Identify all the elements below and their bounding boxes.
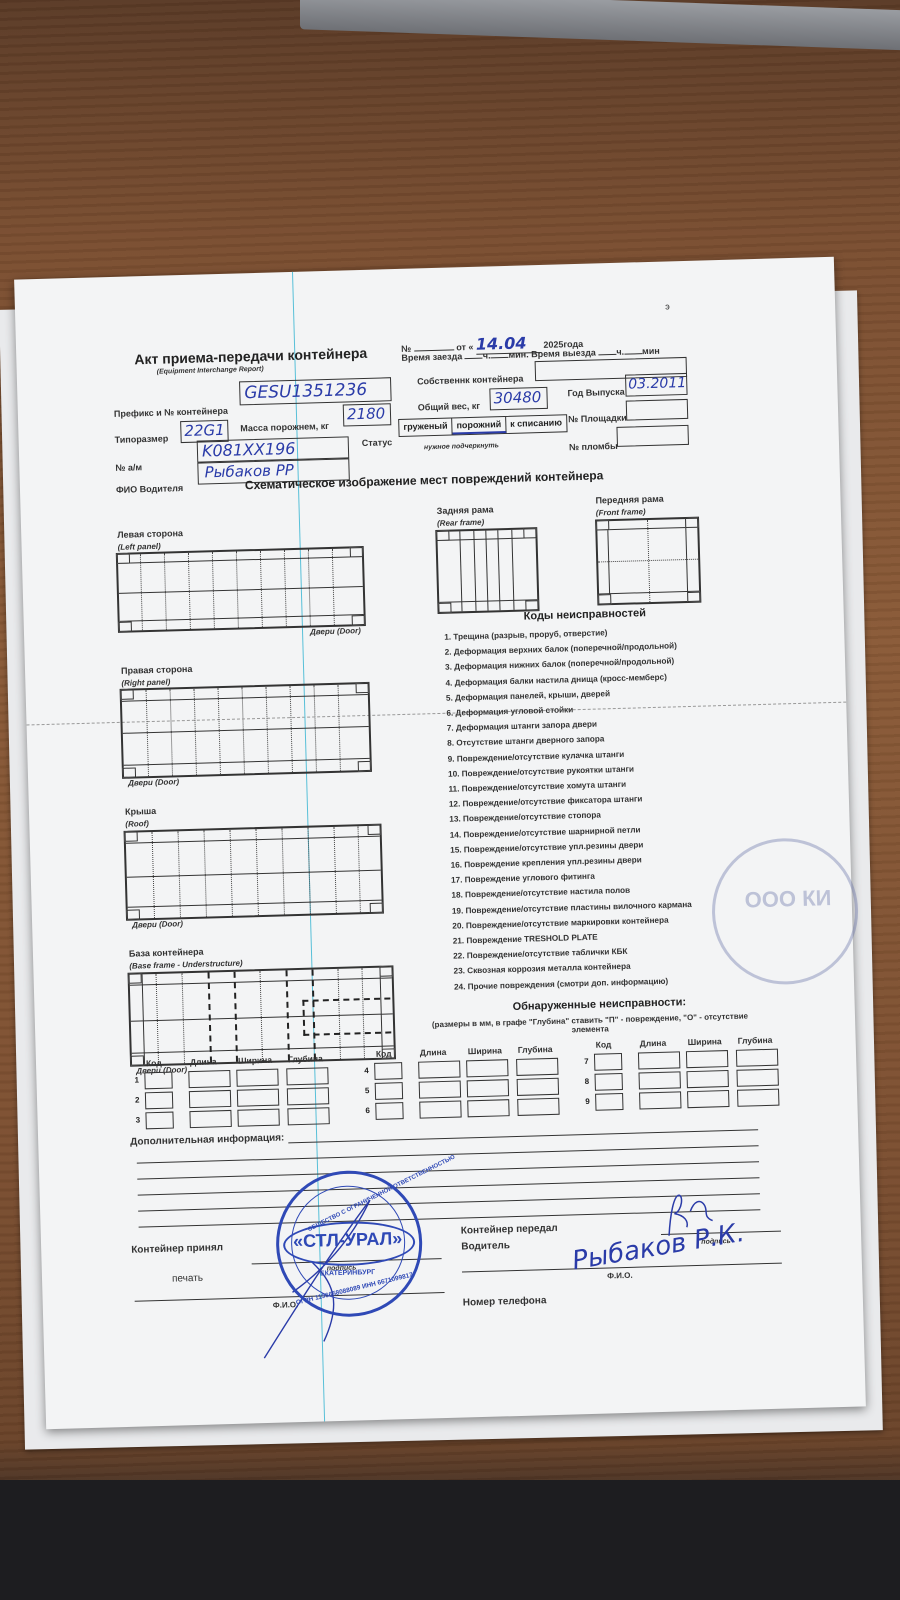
prefix-label: Префикс и № контейнера xyxy=(114,406,228,419)
status-loaded[interactable]: груженый xyxy=(399,418,453,435)
transferred-label: Контейнер передал xyxy=(461,1223,558,1237)
defect-width-cell[interactable] xyxy=(686,1070,728,1088)
minutes-label-2: мин xyxy=(642,346,660,356)
tare-label: Масса порожнем, кг xyxy=(240,421,329,433)
prefix-field[interactable]: GESU1351236 xyxy=(239,377,392,405)
defect-code-cell[interactable] xyxy=(145,1112,173,1130)
defect-length-cell[interactable] xyxy=(638,1051,680,1069)
defect-length-cell[interactable] xyxy=(639,1091,681,1109)
gross-label: Общий вес, кг xyxy=(418,401,481,413)
row-number: 7 xyxy=(584,1057,589,1066)
departure-hours-field[interactable] xyxy=(598,354,616,356)
defect-code-cell[interactable] xyxy=(374,1062,402,1080)
column-header: Код xyxy=(146,1058,162,1068)
defect-length-cell[interactable] xyxy=(189,1110,231,1128)
roof-door: Двери (Door) xyxy=(132,919,183,929)
column-header: Длина xyxy=(640,1038,667,1049)
left-panel-door: Двери (Door) xyxy=(310,626,361,636)
column-header: Глубина xyxy=(288,1053,323,1064)
defect-length-cell[interactable] xyxy=(189,1090,231,1108)
front-frame-diagram[interactable] xyxy=(595,517,701,606)
defect-width-cell[interactable] xyxy=(467,1099,509,1117)
front-frame-label: Передняя рама xyxy=(595,494,663,506)
status-hint: нужное подчеркнуть xyxy=(424,442,499,451)
arrival-minutes-field[interactable] xyxy=(491,357,509,359)
defect-depth-cell[interactable] xyxy=(736,1049,778,1067)
defect-code-cell[interactable] xyxy=(375,1102,403,1120)
right-panel-label: Правая сторона xyxy=(121,664,193,676)
hours-label: ч. xyxy=(483,350,491,360)
defect-depth-cell[interactable] xyxy=(516,1058,558,1076)
defect-code-cell[interactable] xyxy=(145,1092,173,1110)
defect-width-cell[interactable] xyxy=(237,1089,279,1107)
defect-code-cell[interactable] xyxy=(594,1053,622,1071)
secondary-stamp: ООО КИ xyxy=(710,836,860,986)
column-header: Длина xyxy=(190,1056,217,1067)
departure-label: Время выезда xyxy=(531,347,596,359)
found-defects-note: (размеры в мм, в графе "Глубина" ставить… xyxy=(425,1011,755,1038)
row-number: 5 xyxy=(365,1086,370,1095)
defect-depth-cell[interactable] xyxy=(736,1069,778,1087)
defect-width-cell[interactable] xyxy=(236,1069,278,1087)
right-panel-diagram[interactable] xyxy=(120,682,372,779)
base-label: База контейнера xyxy=(129,947,204,959)
document-sheet: э Акт приема-передачи контейнера (Equipm… xyxy=(14,257,866,1429)
rear-frame-label: Задняя рама xyxy=(437,504,494,516)
gross-field[interactable]: 30480 xyxy=(489,387,548,411)
prefix-value: GESU1351236 xyxy=(244,380,367,403)
defect-length-cell[interactable] xyxy=(419,1101,461,1119)
gross-value: 30480 xyxy=(493,388,541,407)
row-number: 4 xyxy=(364,1066,369,1075)
defect-width-cell[interactable] xyxy=(237,1109,279,1127)
year-field[interactable]: 03.2011 xyxy=(625,373,688,397)
front-frame-sub: (Front frame) xyxy=(596,507,646,517)
defect-length-cell[interactable] xyxy=(638,1071,680,1089)
info-line[interactable] xyxy=(137,1161,759,1179)
defect-code-cell[interactable] xyxy=(144,1072,172,1090)
base-sub: (Base frame - Understructure) xyxy=(129,959,243,971)
driver-sign-label: Водитель xyxy=(461,1240,510,1252)
left-panel-label: Левая сторона xyxy=(117,528,183,540)
arrival-hours-field[interactable] xyxy=(465,358,483,360)
defect-width-cell[interactable] xyxy=(467,1079,509,1097)
document-title: Акт приема-передачи контейнера xyxy=(134,345,367,367)
phone-label: Номер телефона xyxy=(463,1295,547,1308)
right-panel-door: Двери (Door) xyxy=(128,777,179,787)
rear-frame-diagram[interactable] xyxy=(435,527,539,614)
driver-signature-icon xyxy=(660,1190,721,1242)
defect-width-cell[interactable] xyxy=(466,1059,508,1077)
found-defects-title: Обнаруженные неисправности: xyxy=(512,996,686,1013)
desk-edge xyxy=(0,1480,900,1600)
column-header: Глубина xyxy=(518,1044,553,1055)
status-empty[interactable]: порожний xyxy=(452,417,506,434)
column-header: Ширина xyxy=(238,1055,272,1066)
defect-codes-title: Коды неисправностей xyxy=(524,607,647,622)
additional-info-label: Дополнительная информация: xyxy=(130,1132,284,1147)
defect-depth-cell[interactable] xyxy=(287,1087,329,1105)
type-value: 22G1 xyxy=(184,421,225,440)
vehicle-label: № а/м xyxy=(115,462,142,473)
defect-depth-cell[interactable] xyxy=(517,1078,559,1096)
left-panel-sub: (Left panel) xyxy=(117,542,160,552)
column-header: Длина xyxy=(420,1047,447,1058)
page-mark: э xyxy=(665,301,670,311)
defect-code-cell[interactable] xyxy=(595,1093,623,1111)
driver-label: ФИО Водителя xyxy=(116,483,183,495)
column-header: Глубина xyxy=(737,1035,772,1046)
column-header: Код xyxy=(376,1048,392,1058)
row-number: 3 xyxy=(135,1115,140,1124)
year-value: 03.2011 xyxy=(628,375,686,393)
roof-diagram[interactable] xyxy=(124,824,384,921)
defect-length-cell[interactable] xyxy=(418,1061,460,1079)
seal-field[interactable] xyxy=(616,425,689,447)
defect-codes-list: 1. Трещина (разрыв, проруб, отверстие) 2… xyxy=(444,623,694,994)
defect-code-cell[interactable] xyxy=(595,1073,623,1091)
row-number: 9 xyxy=(585,1097,590,1106)
rear-frame-sub: (Rear frame) xyxy=(437,518,484,528)
defect-depth-cell[interactable] xyxy=(286,1067,328,1085)
received-label: Контейнер принял xyxy=(131,1242,223,1256)
roof-label: Крыша xyxy=(125,806,156,817)
column-header: Ширина xyxy=(688,1036,722,1047)
defect-depth-cell[interactable] xyxy=(517,1098,559,1116)
row-number: 2 xyxy=(135,1095,140,1104)
secondary-stamp-text: ООО КИ xyxy=(744,885,831,913)
document-subtitle: (Equipment Interchange Report) xyxy=(157,366,264,376)
type-label: Типоразмер xyxy=(114,433,168,444)
seal-label: № пломбы xyxy=(569,441,618,452)
row-number: 8 xyxy=(585,1077,590,1086)
site-field[interactable] xyxy=(626,399,689,421)
departure-minutes-field[interactable] xyxy=(624,353,642,355)
right-panel-sub: (Right panel) xyxy=(121,677,170,687)
tare-value: 2180 xyxy=(347,404,386,423)
owner-label: Собственнк контейнера xyxy=(417,373,524,386)
column-header: Ширина xyxy=(468,1045,502,1056)
defect-depth-cell[interactable] xyxy=(737,1089,779,1107)
defect-length-cell[interactable] xyxy=(188,1070,230,1088)
row-number: 6 xyxy=(365,1106,370,1115)
year-label-field: Год Выпуска xyxy=(567,387,624,399)
stamp-label: печать xyxy=(172,1273,203,1285)
left-panel-diagram[interactable] xyxy=(116,546,366,633)
site-label: № Площадки xyxy=(568,413,627,425)
column-header: Код xyxy=(596,1039,612,1049)
defect-width-cell[interactable] xyxy=(686,1050,728,1068)
defect-length-cell[interactable] xyxy=(419,1081,461,1099)
status-writeoff[interactable]: к списанию xyxy=(506,415,566,433)
status-options: груженый порожний к списанию xyxy=(398,414,567,437)
vehicle-value: K081XX196 xyxy=(202,439,296,461)
arrival-label: Время заезда xyxy=(401,351,462,363)
defect-width-cell[interactable] xyxy=(687,1090,729,1108)
driver-fio-caption: Ф.И.О. xyxy=(607,1271,633,1281)
tare-field[interactable]: 2180 xyxy=(343,403,392,426)
hours-label-2: ч. xyxy=(616,347,624,357)
defect-code-cell[interactable] xyxy=(375,1082,403,1100)
minutes-label: мин. xyxy=(508,349,528,360)
base-diagram[interactable] xyxy=(128,965,397,1066)
status-label: Статус xyxy=(362,437,393,448)
defect-depth-cell[interactable] xyxy=(287,1107,329,1125)
info-line[interactable] xyxy=(288,1129,758,1143)
roof-sub: (Roof) xyxy=(125,819,149,829)
row-number: 1 xyxy=(134,1075,139,1084)
